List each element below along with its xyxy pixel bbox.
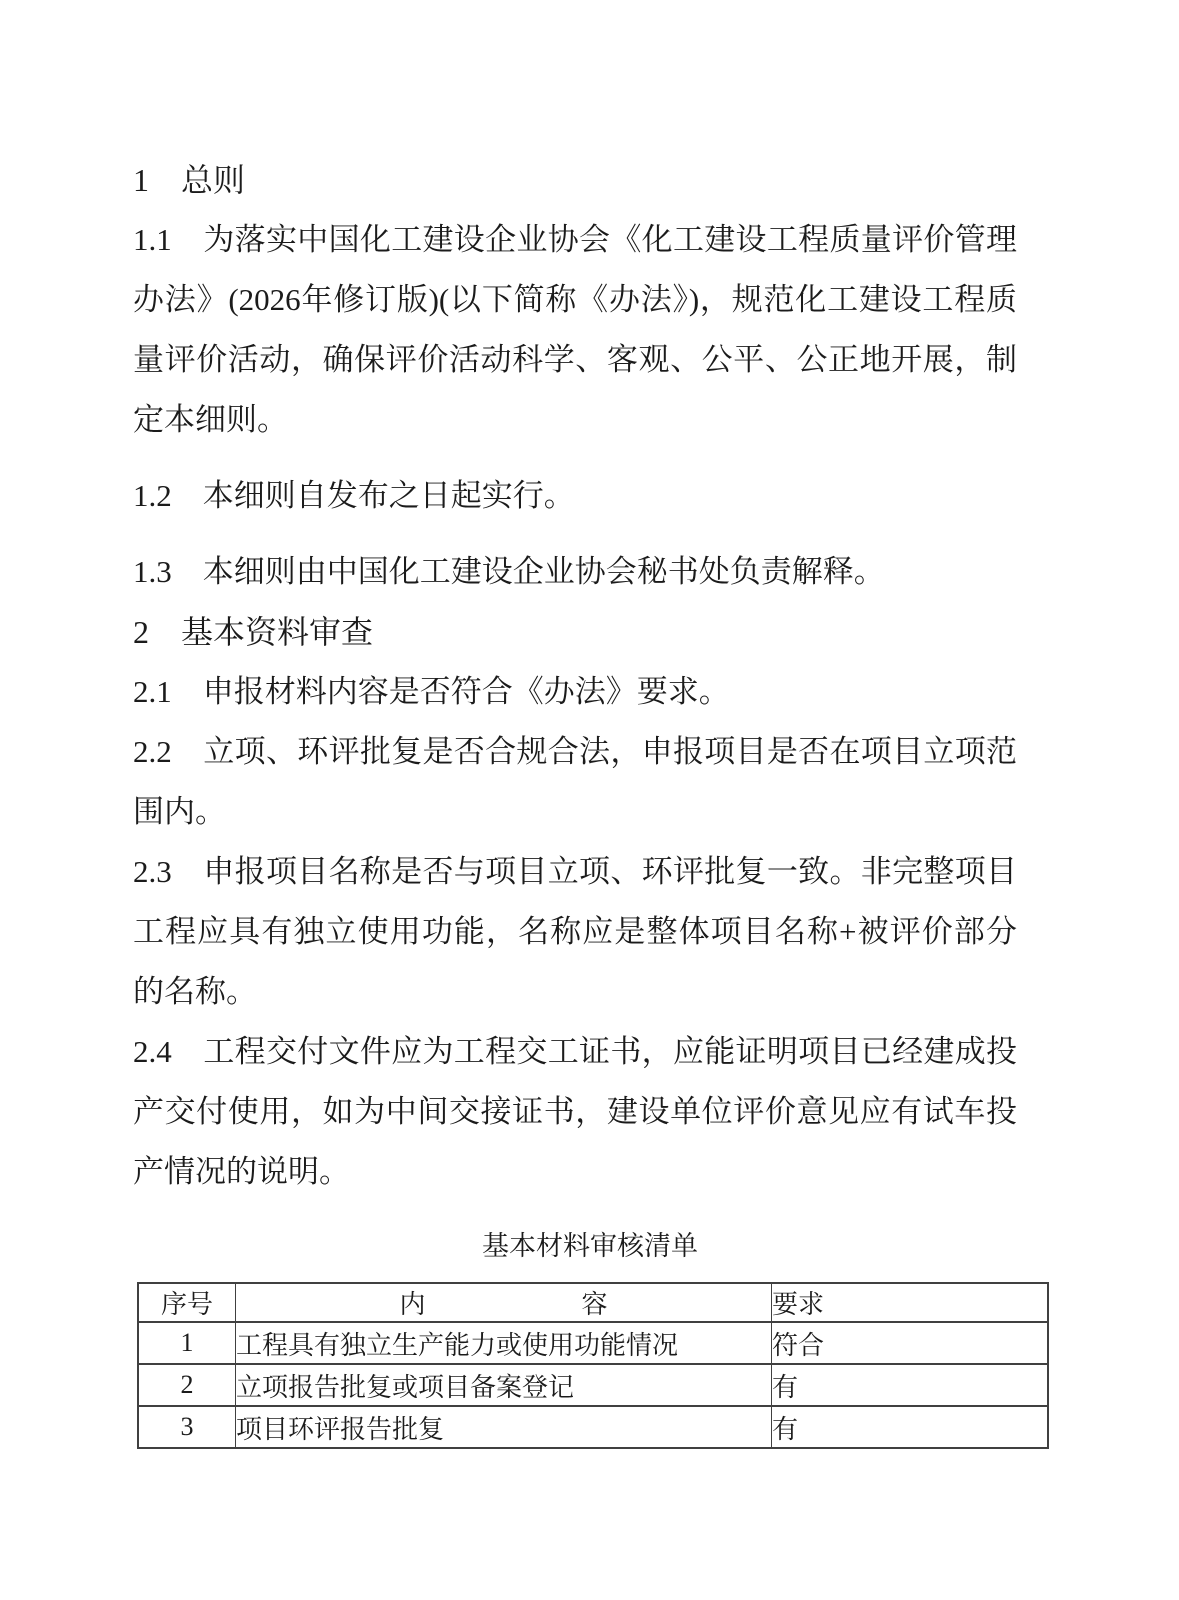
cell-requirement: 符合 [772,1322,1049,1364]
table-row: 3 项目环评报告批复 有 [138,1406,1048,1448]
cell-requirement: 有 [772,1364,1049,1406]
document-page: 1 总则 1.1 为落实中国化工建设企业协会《化工建设工程质量评价管理办法》(2… [0,0,1179,1600]
table-title: 基本材料审核清单 [137,1224,1043,1268]
cell-content: 项目环评报告批复 [236,1406,772,1448]
table-header-row: 序号 内 容 要求 [138,1283,1048,1322]
table-row: 2 立项报告批复或项目备案登记 有 [138,1364,1048,1406]
paragraph-2-4: 2.4 工程交付文件应为工程交工证书，应能证明项目已经建成投产交付使用，如为中间… [133,1022,1017,1202]
cell-row-number: 3 [138,1406,236,1448]
paragraph-2-1: 2.1 申报材料内容是否符合《办法》要求。 [133,662,1017,722]
header-cell-number: 序号 [138,1283,236,1322]
paragraph-1-1: 1.1 为落实中国化工建设企业协会《化工建设工程质量评价管理办法》(2026年修… [133,210,1017,450]
section-heading-basic-material-review: 2 基本资料审查 [133,602,1017,662]
table-row: 1 工程具有独立生产能力或使用功能情况 符合 [138,1322,1048,1364]
cell-requirement: 有 [772,1406,1049,1448]
paragraph-2-3: 2.3 申报项目名称是否与项目立项、环评批复一致。非完整项目工程应具有独立使用功… [133,842,1017,1022]
basic-material-review-table: 序号 内 容 要求 1 工程具有独立生产能力或使用功能情况 符合 2 立项报告批… [137,1282,1049,1449]
cell-content: 工程具有独立生产能力或使用功能情况 [236,1322,772,1364]
cell-content: 立项报告批复或项目备案登记 [236,1364,772,1406]
cell-row-number: 1 [138,1322,236,1364]
header-cell-content: 内 容 [236,1283,772,1322]
paragraph-1-2: 1.2 本细则自发布之日起实行。 [133,466,1017,526]
cell-row-number: 2 [138,1364,236,1406]
header-cell-requirement: 要求 [772,1283,1049,1322]
section-heading-general-rules: 1 总则 [133,150,1017,210]
paragraph-1-3: 1.3 本细则由中国化工建设企业协会秘书处负责解释。 [133,542,1017,602]
document-body: 1 总则 1.1 为落实中国化工建设企业协会《化工建设工程质量评价管理办法》(2… [133,150,1017,1449]
paragraph-2-2: 2.2 立项、环评批复是否合规合法，申报项目是否在项目立项范围内。 [133,722,1017,842]
